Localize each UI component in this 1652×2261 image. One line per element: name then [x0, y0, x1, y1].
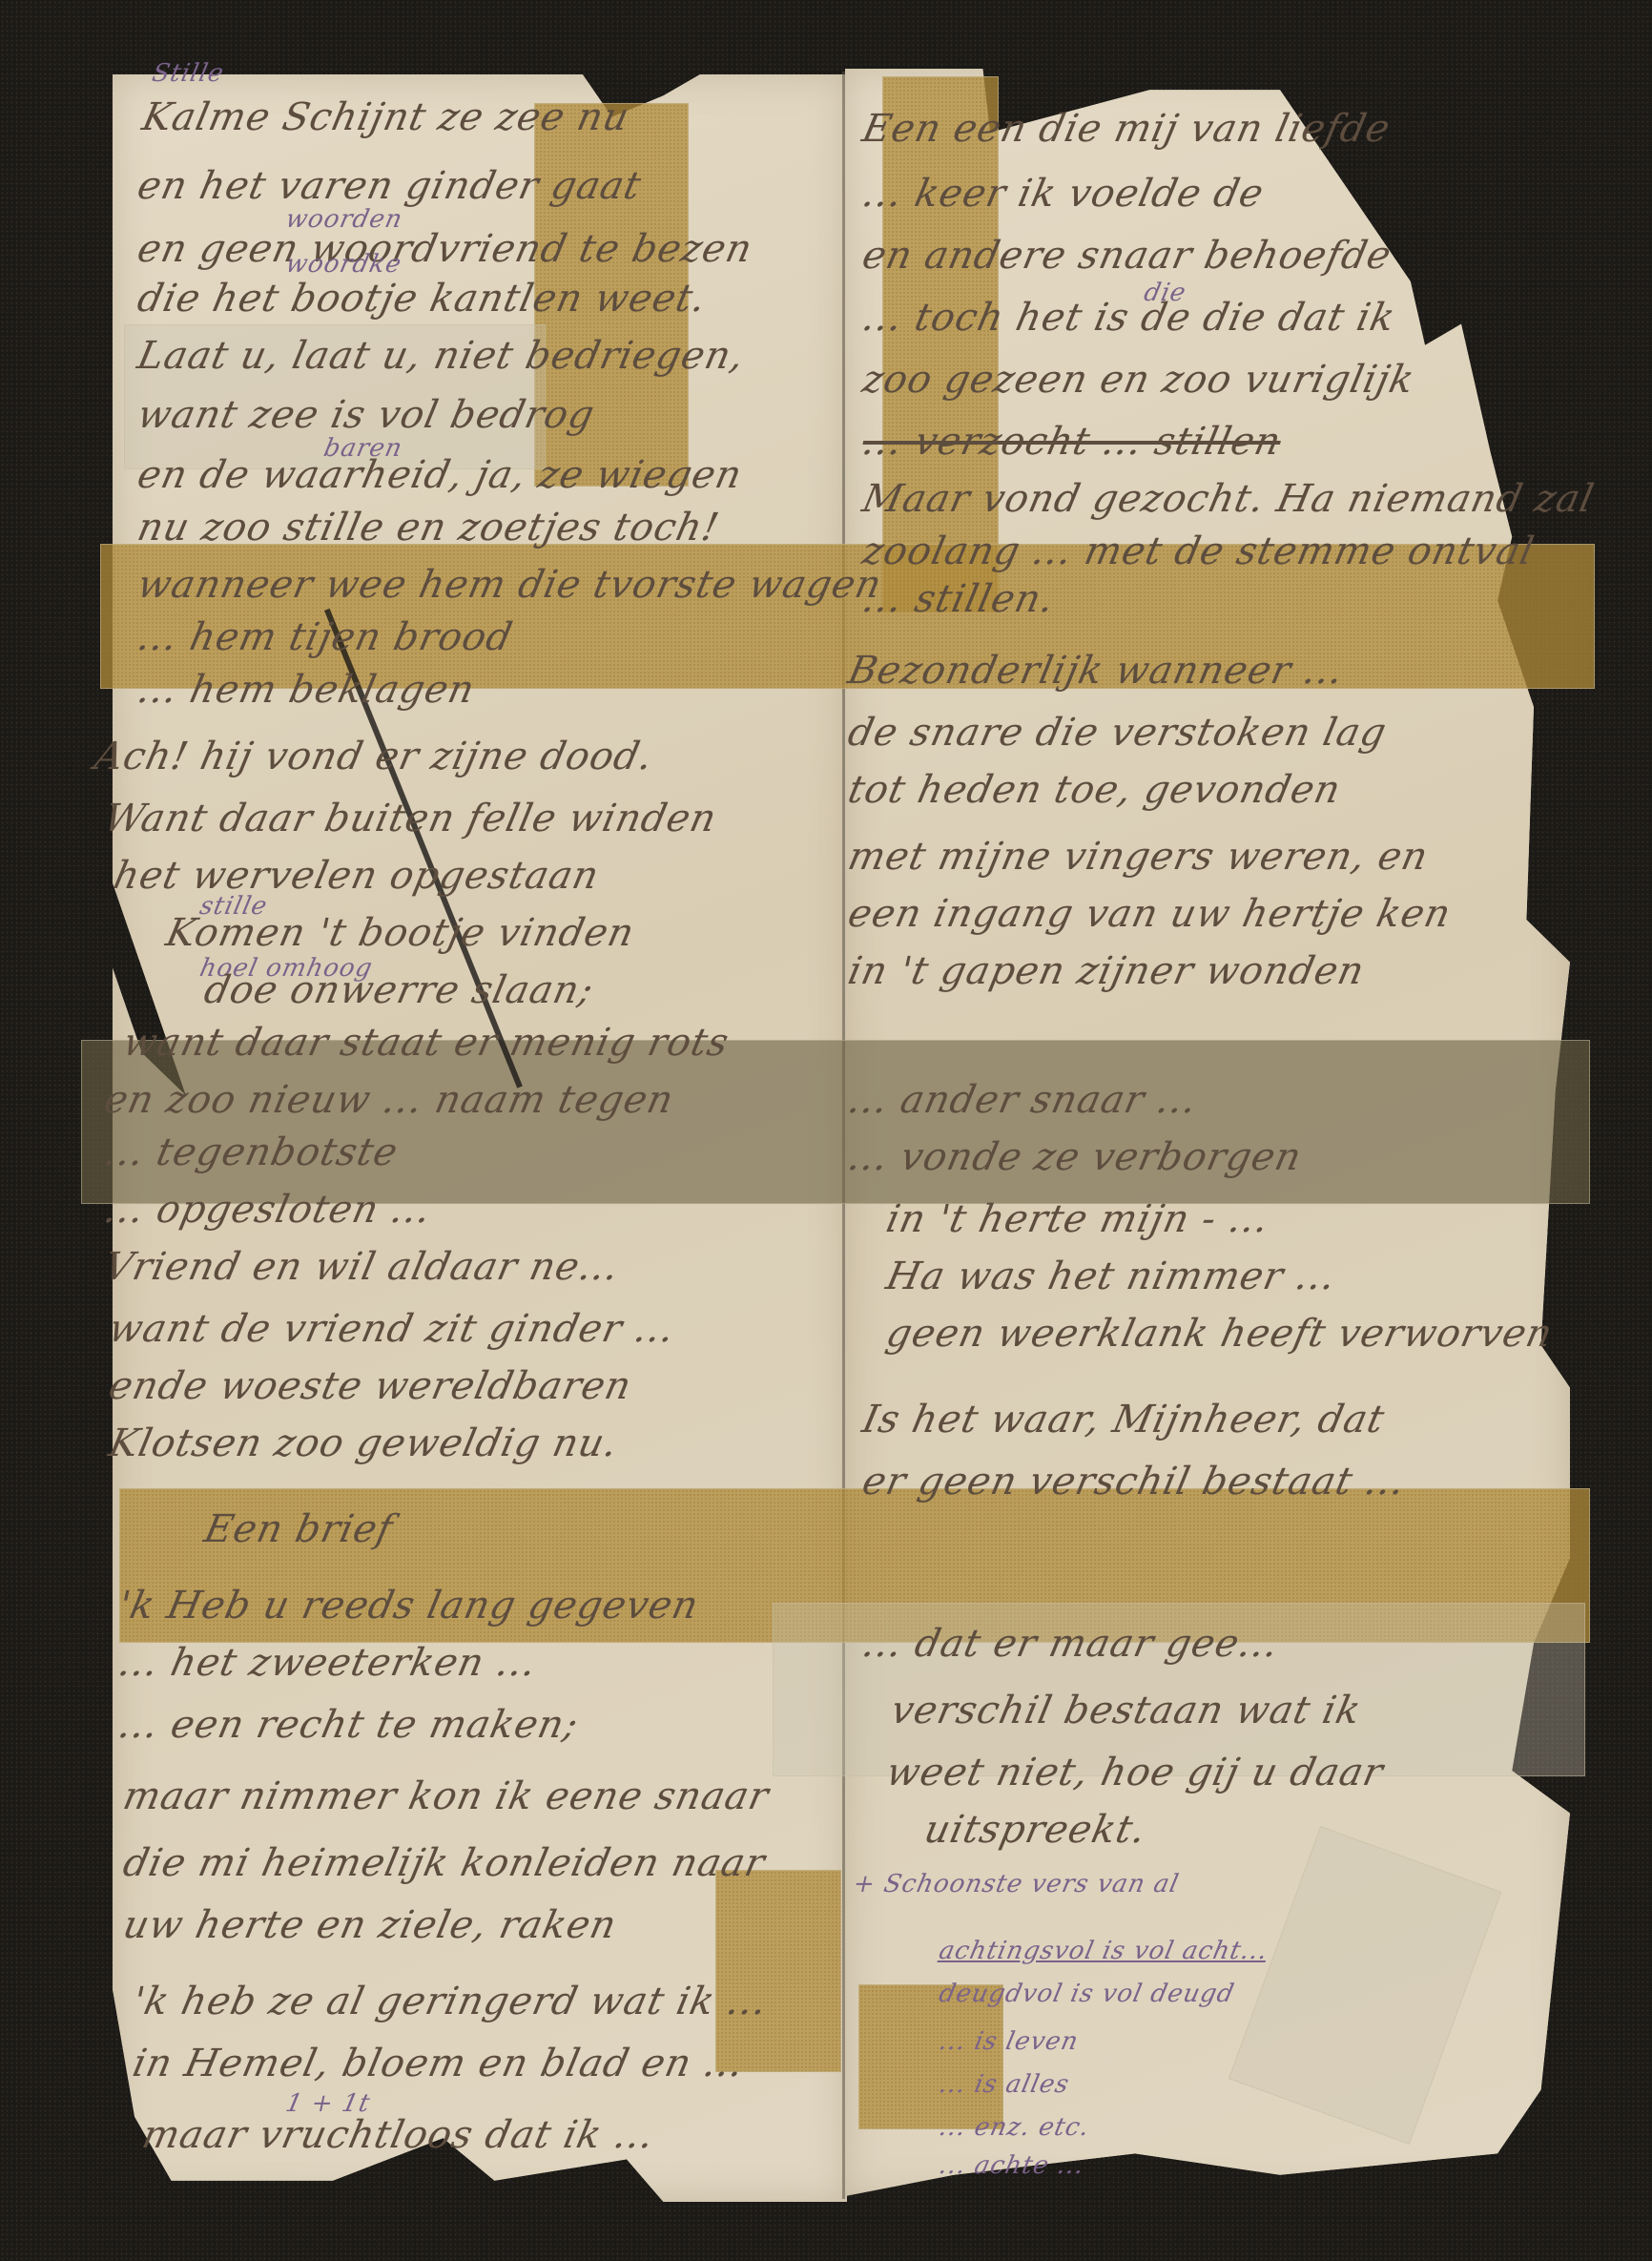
handwritten-line: maar vruchtloos dat ik ... — [138, 2113, 658, 2157]
annotation: + Schoonste vers van al — [851, 1870, 1182, 1898]
handwritten-line: ... hem beklagen — [134, 668, 479, 712]
annotation: achtingsvol is vol acht... — [937, 1937, 1271, 1965]
handwritten-line: ... hem tijen brood — [134, 615, 517, 659]
annotation: ... is alles — [937, 2070, 1072, 2099]
handwritten-line: en de waarheid, ja, ze wiegen — [134, 453, 746, 497]
handwritten-line: de snare die verstoken lag — [844, 711, 1391, 755]
handwritten-line: er geen verschil bestaat ... — [858, 1460, 1410, 1504]
handwritten-line: ende woeste wereldbaren — [105, 1364, 635, 1408]
handwritten-line: Laat u, laat u, niet bedriegen, — [134, 334, 749, 378]
handwritten-line: Vriend en wil aldaar ne... — [100, 1245, 623, 1289]
handwritten-line: ... keer ik voelde de — [858, 172, 1268, 216]
handwritten-line: in 't herte mijn - ... — [882, 1197, 1273, 1241]
handwritten-line: 'k heb ze al geringerd wat ik ... — [129, 1980, 772, 2023]
handwritten-line: want de vriend zit ginder ... — [105, 1307, 679, 1351]
handwritten-line: ... opgesloten ... — [100, 1188, 435, 1232]
handwritten-line: ... dat er maar gee... — [858, 1622, 1283, 1666]
section-heading: Een brief — [200, 1507, 397, 1551]
handwritten-line: Maar vond gezocht. Ha niemand zal — [858, 477, 1598, 521]
handwritten-line: Kalme Schijnt ze zee nu — [138, 95, 633, 139]
handwritten-line: die mi heimelijk konleiden naar — [119, 1841, 769, 1885]
handwritten-line: en geen woordvriend te bezen — [134, 227, 756, 271]
handwritten-line: Klotsen zoo geweldig nu. — [105, 1421, 622, 1465]
handwritten-line: in Hemel, bloem en blad en ... — [129, 2042, 748, 2085]
handwritten-line: ... stillen. — [858, 577, 1059, 621]
handwritten-line: ... toch het is de die dat ik — [858, 296, 1399, 340]
handwritten-line-struck: ... verzocht ... stillen — [858, 420, 1285, 464]
handwritten-line: zoolang ... met de stemme ontval — [858, 529, 1538, 573]
annotation: woordke — [283, 250, 404, 279]
annotation: Stille — [150, 59, 227, 88]
handwritten-line: 'k Heb u reeds lang gegeven — [114, 1584, 703, 1628]
handwritten-line: ... tegenbotste — [100, 1130, 402, 1174]
handwritten-line: ... het zweeterken ... — [114, 1641, 541, 1685]
handwritten-line: Een een die mij van liefde — [858, 107, 1394, 151]
handwritten-line: met mijne vingers weren, en — [844, 835, 1433, 879]
handwritten-line: Is het waar, Mijnheer, dat — [858, 1398, 1389, 1442]
annotation: ... enz. etc. — [937, 2113, 1092, 2142]
handwritten-line: verschil bestaan wat ik — [887, 1689, 1365, 1732]
handwritten-line: Bezonderlijk wanneer ... — [844, 649, 1348, 693]
handwritten-line: uw herte en ziele, raken — [119, 1903, 621, 1947]
handwritten-line: Ha was het nimmer ... — [882, 1255, 1340, 1298]
handwritten-line: in 't gapen zijner wonden — [844, 949, 1369, 993]
handwritten-line: doe onwerre slaan; — [200, 968, 597, 1012]
handwritten-line: ... een recht te maken; — [114, 1703, 583, 1747]
handwritten-line: en andere snaar behoefde — [858, 234, 1395, 278]
handwritten-line: een ingang van uw hertje ken — [844, 892, 1455, 936]
annotation: deugdvol is vol deugd — [937, 1980, 1237, 2008]
handwritten-line: weet niet, hoe gij u daar — [882, 1751, 1388, 1794]
handwritten-line: Want daar buiten felle winden — [100, 797, 721, 840]
handwritten-line: maar nimmer kon ik eene snaar — [119, 1774, 773, 1818]
handwritten-line: geen weerklank heeft verworven — [882, 1312, 1557, 1356]
handwritten-line: nu zoo stille en zoetjes toch! — [134, 506, 723, 550]
handwritten-line: want daar staat er menig rots — [119, 1021, 733, 1065]
handwritten-line: zoo gezeen en zoo vuriglijk — [858, 358, 1418, 402]
handwritten-line: ... ander snaar ... — [844, 1078, 1201, 1122]
handwritten-line: Ach! hij vond er zijne dood. — [91, 735, 657, 778]
handwritten-line: Komen 't bootje vinden — [162, 911, 638, 955]
handwritten-line: die het bootje kantlen weet. — [134, 277, 711, 321]
handwritten-line: en het varen ginder gaat — [134, 164, 646, 208]
handwritten-line: en zoo nieuw ... naam tegen — [100, 1078, 678, 1122]
handwritten-line: het wervelen opgestaan — [110, 854, 603, 898]
annotation: ... achte ... — [937, 2151, 1087, 2180]
handwritten-line: uitspreekt. — [920, 1808, 1150, 1852]
handwritten-line: want zee is vol bedrog — [134, 393, 598, 437]
handwritten-line: tot heden toe, gevonden — [844, 768, 1345, 812]
handwritten-line: ... vonde ze verborgen — [844, 1135, 1306, 1179]
annotation: ... is leven — [937, 2027, 1082, 2056]
handwritten-line: wanneer wee hem die tvorste wagen — [134, 563, 886, 607]
